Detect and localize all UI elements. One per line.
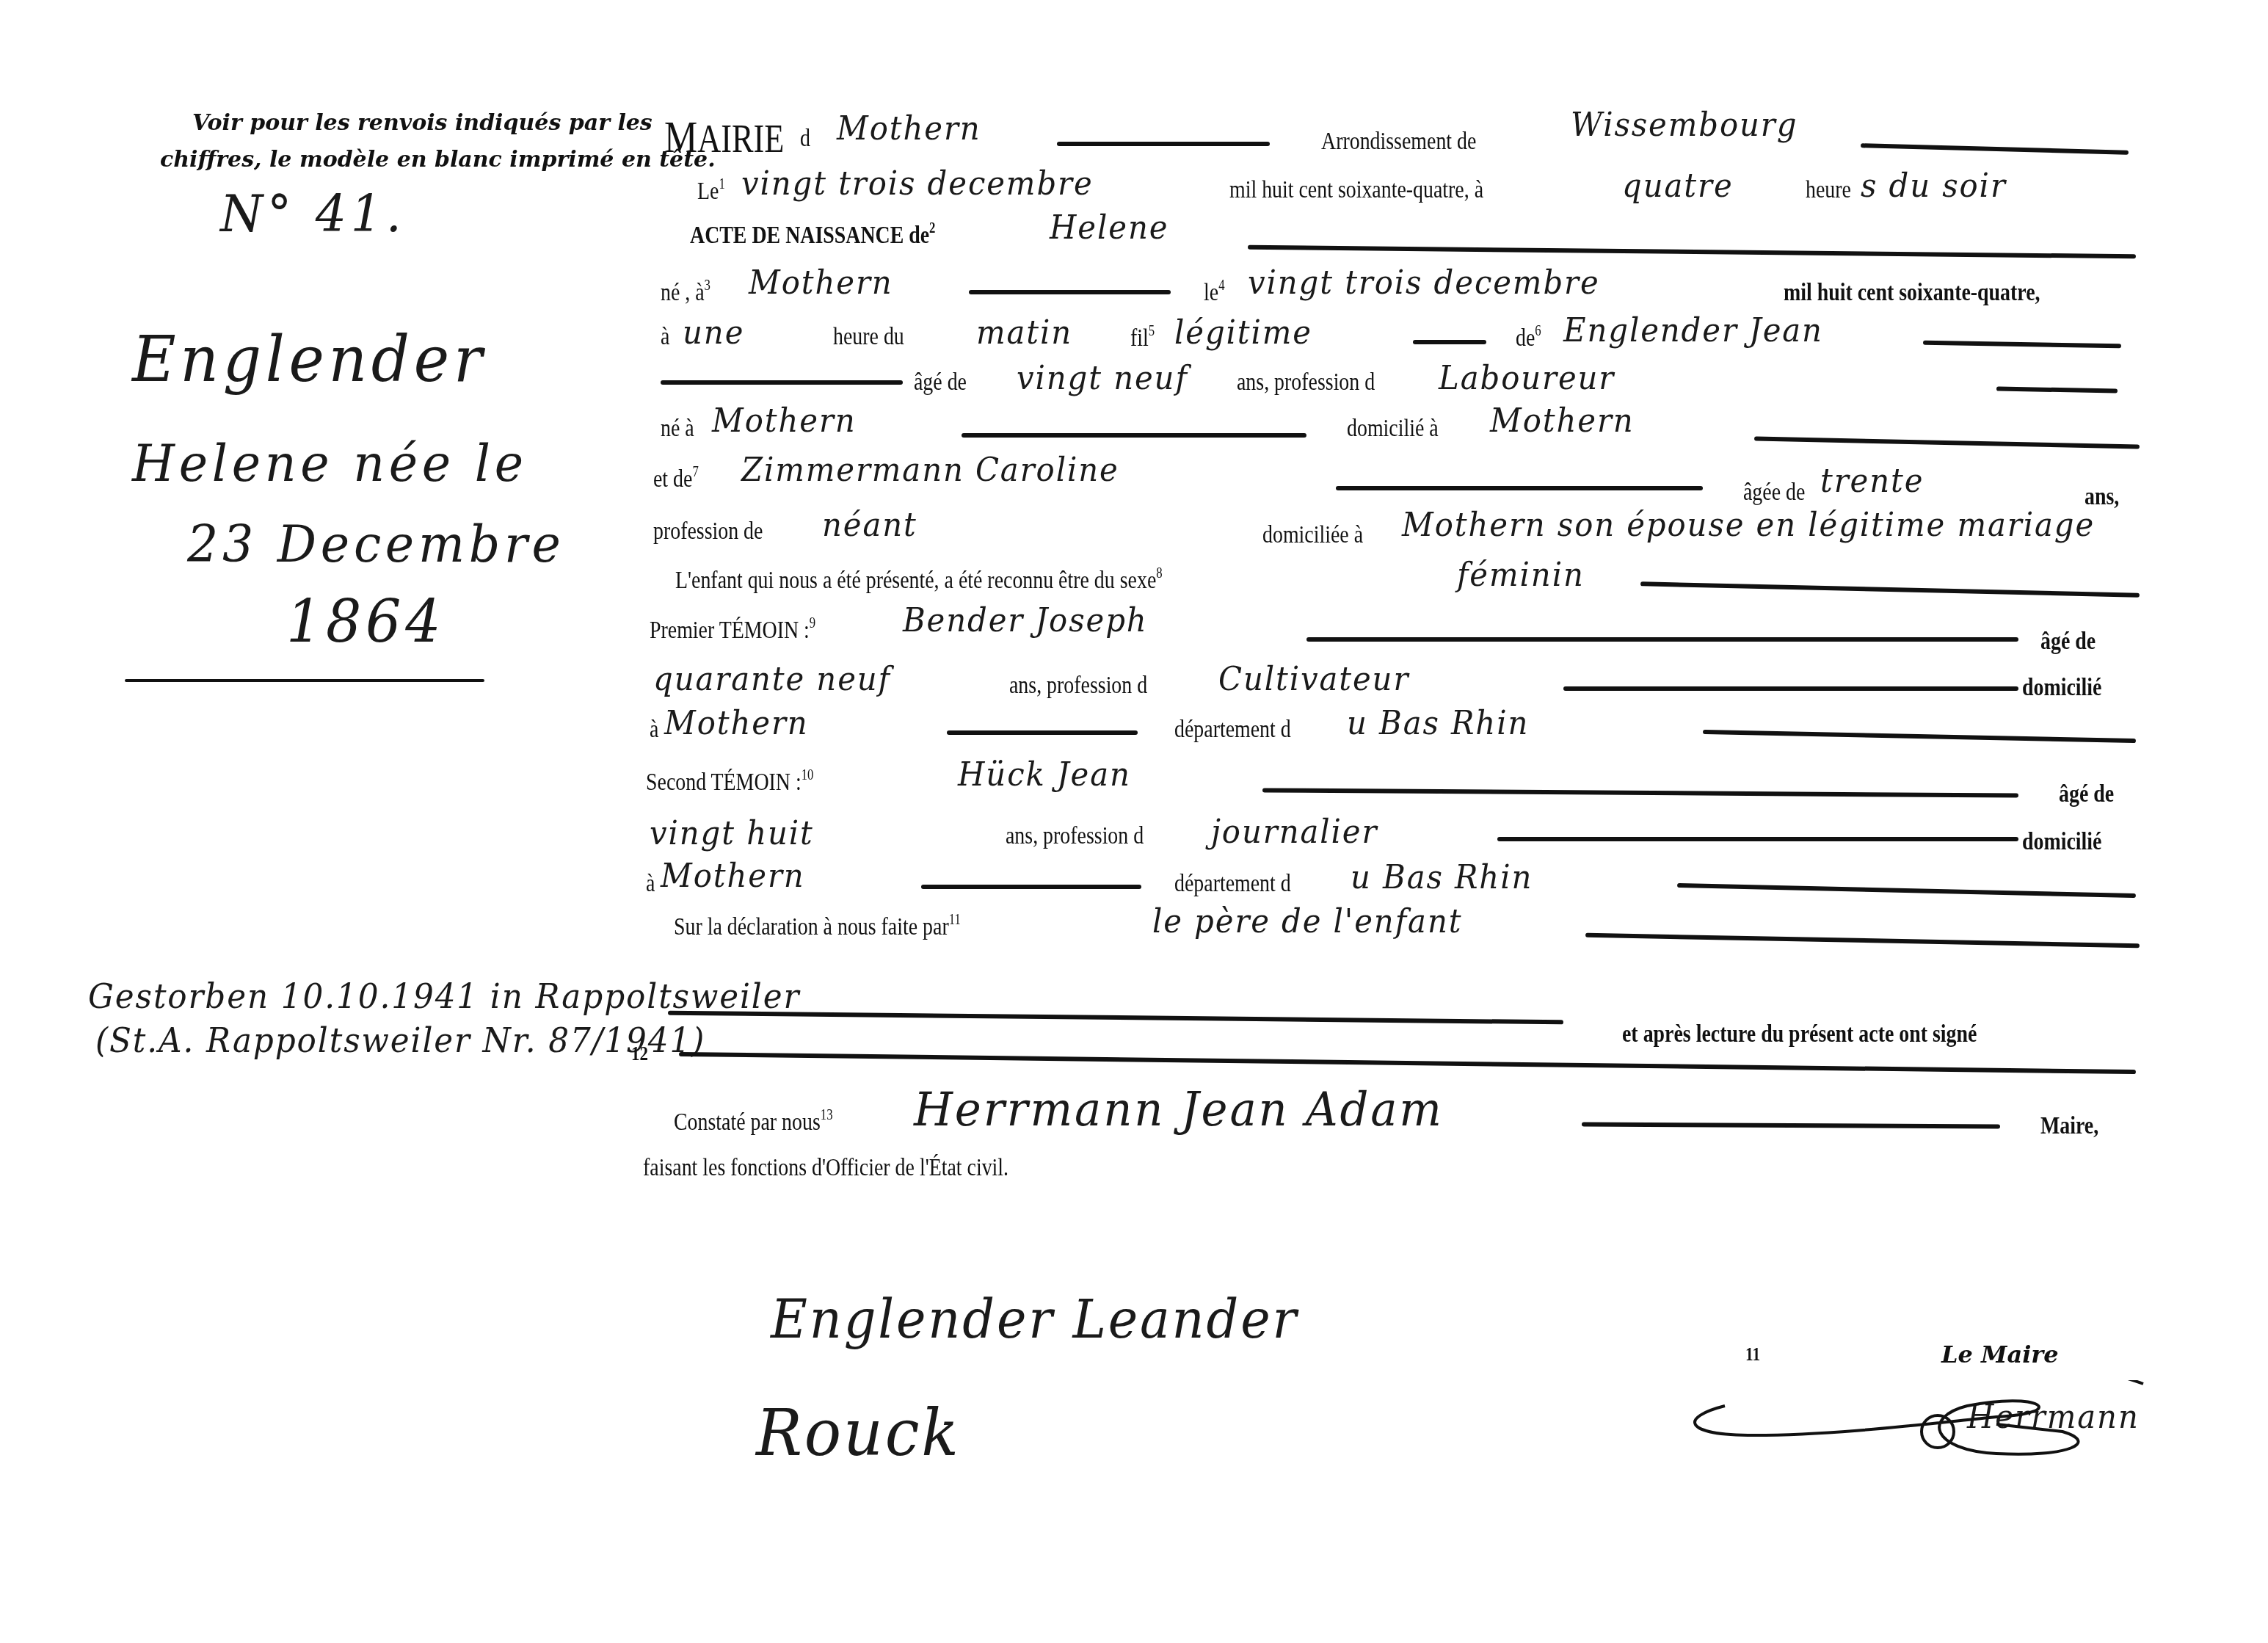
witness1-name: Bender Joseph <box>903 602 1148 639</box>
annotation-line2: (St.A. Rappoltsweiler Nr. 87/1941) <box>95 1020 705 1060</box>
le-maire-label: Le Maire <box>1941 1341 2059 1368</box>
header-note-line2: chiffres, le modèle en blanc imprimé en … <box>160 147 716 173</box>
witness1-profession: Cultivateur <box>1218 661 1409 698</box>
witness1-age: quarante neuf <box>653 661 891 698</box>
a-label: à <box>661 323 669 351</box>
child-name: Helene <box>1050 209 1168 247</box>
witness2-label: Second TÉMOIN :10 <box>646 767 813 797</box>
mother-domicile-label: domiciliée à <box>1262 521 1363 549</box>
rule <box>1754 437 2140 449</box>
mother-age-label: âgée de <box>1743 479 1805 507</box>
witness2-a-label: à <box>646 870 655 898</box>
witness1-prof-label: ans, profession d <box>1009 672 1147 700</box>
father-age-label: âgé de <box>914 369 967 396</box>
margin-surname: Englender <box>132 323 487 396</box>
rule <box>1703 730 2136 743</box>
witness1-departement: u Bas Rhin <box>1347 705 1529 742</box>
rule <box>668 1011 1563 1025</box>
rule <box>1585 933 2140 948</box>
rule <box>661 380 903 385</box>
rule <box>1336 486 1703 490</box>
witness2-name: Hück Jean <box>958 756 1131 794</box>
rule <box>1306 637 2018 642</box>
witness1-age-label: âgé de <box>2040 628 2096 656</box>
annotation-line1: Gestorben 10.10.1941 in Rappoltsweiler <box>88 976 800 1016</box>
witness1-domicile-label: domicilié <box>2022 674 2101 702</box>
mairie-prefix: d <box>800 125 810 153</box>
birth-place: Mothern <box>749 264 893 302</box>
mairie-value: Mothern <box>837 110 981 148</box>
sex-value: féminin <box>1457 556 1585 594</box>
filiation: légitime <box>1174 314 1312 352</box>
father-profession: Laboureur <box>1439 360 1615 397</box>
declaration-date: vingt trois decembre <box>741 165 1094 203</box>
rule <box>1563 686 2018 691</box>
witness2-departement: u Bas Rhin <box>1351 859 1533 896</box>
header-note-line1: Voir pour les renvois indiqués par les <box>192 110 653 136</box>
mother-name: Zimmermann Caroline <box>741 451 1119 489</box>
et-de-label: et de7 <box>653 464 699 493</box>
mairie-label: MAIRIE <box>664 112 784 164</box>
de-label: de6 <box>1516 323 1541 352</box>
footnote-14: 11 <box>1745 1343 1760 1365</box>
mother-profession: néant <box>822 507 917 544</box>
witness1-a-label: à <box>650 716 658 744</box>
birth-date: vingt trois decembre <box>1248 264 1600 302</box>
witness2-profession: journalier <box>1211 813 1378 851</box>
father-domicile: Mothern <box>1490 402 1635 440</box>
margin-record-number: N° 41. <box>220 184 406 244</box>
maire-signature-flourish-icon <box>1688 1380 2158 1505</box>
witness2-domicile-label: domicilié <box>2022 828 2101 856</box>
witness2-age: vingt huit <box>650 815 814 852</box>
signature-father: Englender Leander <box>771 1288 1298 1350</box>
birth-date-label: le4 <box>1204 278 1224 307</box>
rule <box>969 290 1171 294</box>
acte-label: ACTE DE NAISSANCE de2 <box>690 220 935 250</box>
rule <box>947 730 1138 735</box>
margin-given-name: Helene née le <box>132 433 528 493</box>
born-at-label: né , à3 <box>661 278 710 307</box>
rule <box>1248 245 2136 259</box>
heure-du-label: heure du <box>833 323 904 351</box>
mother-domicile: Mothern son épouse en légitime mariage <box>1402 507 2095 544</box>
sex-text: L'enfant qui nous a été présenté, a été … <box>675 565 1163 595</box>
witness2-prof-label: ans, profession d <box>1006 822 1144 850</box>
father-domicile-label: domicilié à <box>1347 415 1439 443</box>
margin-underline <box>125 679 484 682</box>
rule <box>1497 837 2018 841</box>
officer-name: Herrmann Jean Adam <box>914 1083 1444 1137</box>
father-born-label: né à <box>661 415 694 443</box>
margin-year: 1864 <box>286 587 445 656</box>
witness1-departement-label: département d <box>1174 716 1291 744</box>
signature-witness: Rouck <box>756 1395 961 1470</box>
birth-certificate-page: Voir pour les renvois indiqués par les c… <box>0 0 2268 1643</box>
father-birthplace: Mothern <box>712 402 857 440</box>
father-prof-label: ans, profession d <box>1237 369 1375 396</box>
declaration-hour: quatre <box>1622 167 1734 205</box>
margin-date: 23 Decembre <box>187 514 564 574</box>
hour-label: heure <box>1806 176 1851 204</box>
witness2-departement-label: département d <box>1174 870 1291 898</box>
hour-suffix: s du soir <box>1861 167 2007 205</box>
rule <box>1861 143 2129 155</box>
rule <box>921 885 1141 889</box>
birth-period: matin <box>976 314 1072 352</box>
rule <box>1057 142 1270 146</box>
rule <box>679 1052 2136 1074</box>
arrondissement-value: Wissembourg <box>1571 106 1798 144</box>
fil-label: fil5 <box>1130 323 1155 352</box>
father-age: vingt neuf <box>1017 360 1188 397</box>
mother-prof-label: profession de <box>653 518 763 545</box>
lecture-text: et après lecture du présent acte ont sig… <box>1622 1020 1977 1048</box>
rule <box>1640 581 2140 597</box>
birth-hour: une <box>683 314 744 352</box>
rule <box>1582 1122 2000 1129</box>
arrondissement-label: Arrondissement de <box>1321 128 1476 156</box>
rule <box>1413 340 1486 344</box>
father-name: Englender Jean <box>1563 312 1823 349</box>
officer-function: faisant les fonctions d'Officier de l'Ét… <box>643 1154 1008 1182</box>
witness2-age-label: âgé de <box>2059 780 2114 808</box>
witness2-domicile: Mothern <box>661 857 805 895</box>
declarant: le père de l'enfant <box>1152 903 1462 940</box>
witness1-label: Premier TÉMOIN :9 <box>650 615 815 645</box>
witness1-domicile: Mothern <box>664 705 809 742</box>
maire-label: Maire, <box>2040 1112 2098 1140</box>
footnote-12: 12 <box>631 1042 648 1066</box>
mother-age: trente <box>1820 463 1924 500</box>
rule <box>1923 341 2121 349</box>
declaration-label: Sur la déclaration à nous faite par11 <box>674 912 961 941</box>
declaration-year-text: mil huit cent soixante-quatre, à <box>1229 176 1483 204</box>
le-label: Le1 <box>697 176 725 206</box>
rule <box>1677 883 2136 898</box>
rule <box>962 433 1306 438</box>
birth-year-text: mil huit cent soixante-quatre, <box>1784 279 2040 307</box>
rule <box>1262 788 2018 797</box>
constate-label: Constaté par nous13 <box>674 1107 833 1136</box>
rule <box>1996 387 2118 393</box>
